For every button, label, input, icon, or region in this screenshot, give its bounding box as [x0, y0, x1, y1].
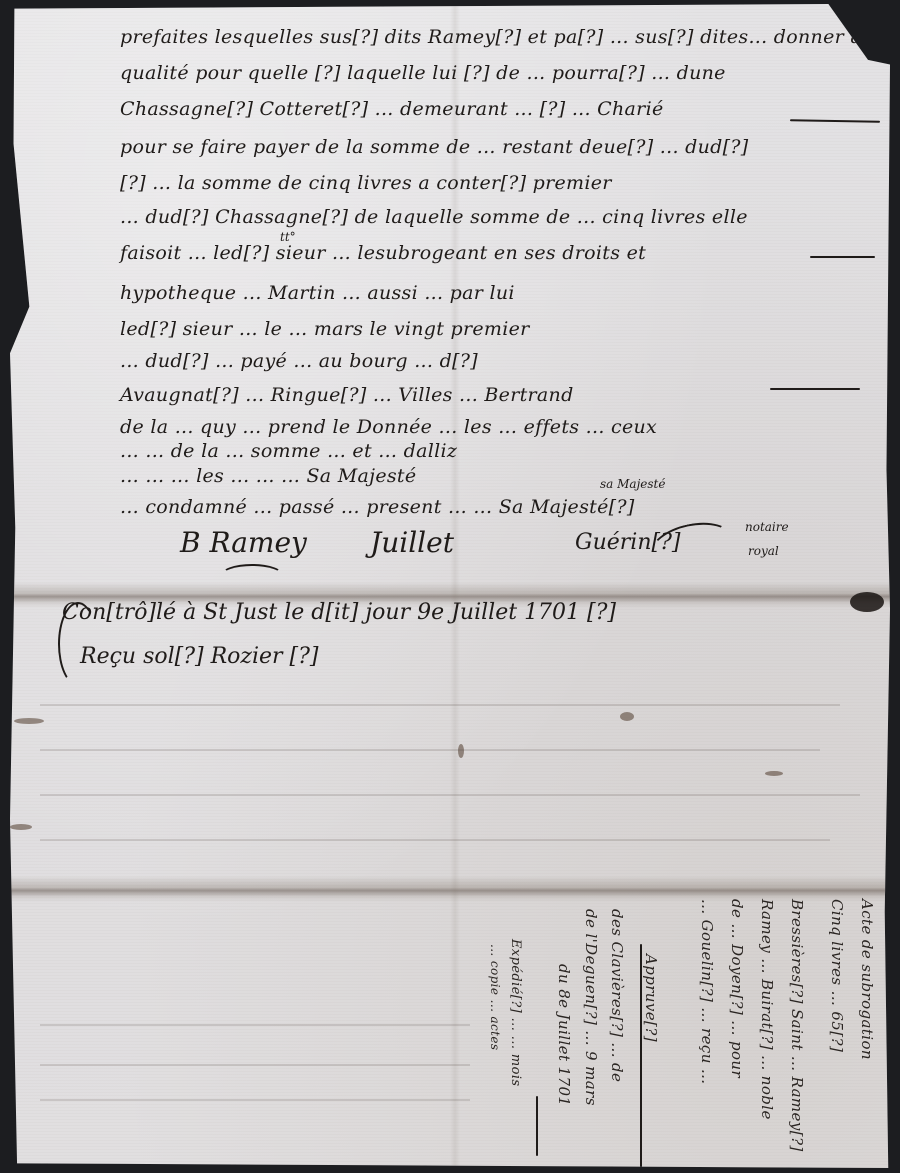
body-line-9: led[?] sieur ... le ... mars le vingt pr…: [120, 318, 530, 340]
body-line-8: hypotheque ... Martin ... aussi ... par …: [120, 282, 515, 304]
signature-juillet: Juillet: [370, 526, 454, 559]
edge-stain: [10, 824, 32, 830]
body-line-11: Avaugnat[?] ... Ringue[?] ... Villes ...…: [120, 384, 574, 406]
docket-rule: [640, 944, 642, 1173]
edge-stain: [14, 718, 44, 724]
body-line-13: ... ... de la ... somme ... et ... dalli…: [120, 440, 457, 462]
body-line-3: Chassagne[?] Cotteret[?] ... demeurant .…: [120, 98, 664, 120]
signature-flourish: [220, 564, 284, 588]
signature-paraph: [646, 516, 737, 577]
docket-column: du 8e Juillet 1701: [555, 964, 573, 1106]
bleed-through-line: [40, 794, 860, 796]
docket-column: de ... Doyen[?] ... pour: [728, 899, 746, 1078]
docket-column: Expédié[?] ... ... mois: [508, 939, 523, 1087]
manuscript-page: prefaites lesquelles sus[?] dits Ramey[?…: [10, 4, 890, 1168]
body-line-4: pour se faire payer de la somme de ... r…: [120, 136, 749, 158]
body-line-12: de la ... quy ... prend le Donnée ... le…: [120, 416, 657, 438]
line-end-flourish: [770, 388, 860, 390]
body-line-1: prefaites lesquelles sus[?] dits Ramey[?…: [120, 26, 900, 48]
signature-ramey: B Ramey: [180, 526, 307, 559]
body-line-6: ... dud[?] Chassagne[?] de laquelle somm…: [120, 206, 748, 228]
ink-stain: [458, 744, 464, 758]
ink-stain: [765, 771, 783, 776]
docket-column: Cinq livres ... 65[?]: [828, 899, 846, 1052]
bleed-through-line: [40, 1099, 470, 1101]
docket-column: Acte de subrogation: [858, 899, 876, 1060]
body-line-15: ... condamné ... passé ... present ... .…: [120, 496, 635, 518]
control-note-line-2: Reçu sol[?] Rozier [?]: [80, 644, 319, 669]
docket-column: de l'Deguen[?] ... 9 mars: [582, 909, 600, 1106]
body-line-2: qualité pour quelle [?] laquelle lui [?]…: [120, 62, 726, 84]
docket-rule: [536, 1096, 538, 1156]
control-note-line-1: Con[trô]lé à St Just le d[it] jour 9e Ju…: [62, 600, 616, 625]
docket-column: ... copie ... actes: [488, 944, 502, 1050]
docket-column: Bressières[?] Saint ... Ramey[?]: [788, 899, 806, 1152]
bleed-through-line: [40, 839, 830, 841]
docket-column: ... Gouelin[?] ... reçu ...: [698, 899, 716, 1084]
interlinear-note: tt°: [280, 230, 296, 244]
notary-title-bottom: royal: [748, 544, 779, 558]
bleed-through-line: [40, 704, 840, 706]
notary-title-top: notaire: [745, 520, 789, 534]
body-line-7: faisoit ... led[?] sieur ... lesubrogean…: [120, 242, 646, 264]
body-line-10: ... dud[?] ... payé ... au bourg ... d[?…: [120, 350, 478, 372]
bleed-through-line: [40, 1064, 470, 1066]
body-line-14: ... ... ... les ... ... ... Sa Majesté: [120, 465, 416, 487]
interlinear-note: sa Majesté: [600, 477, 665, 491]
docket-column: Appruve[?]: [642, 954, 660, 1042]
ink-blot: [850, 592, 884, 612]
bleed-through-line: [40, 749, 820, 751]
ink-stain: [620, 712, 634, 721]
control-note-flourish: [58, 602, 98, 686]
body-line-5: [?] ... la somme de cinq livres a conter…: [120, 172, 612, 194]
docket-column: Ramey ... Buirat[?] ... noble: [758, 899, 776, 1120]
line-end-flourish: [810, 256, 875, 258]
line-end-flourish: [790, 119, 880, 123]
docket-column: des Clavières[?] ... de: [608, 909, 626, 1082]
bleed-through-line: [40, 1024, 470, 1026]
